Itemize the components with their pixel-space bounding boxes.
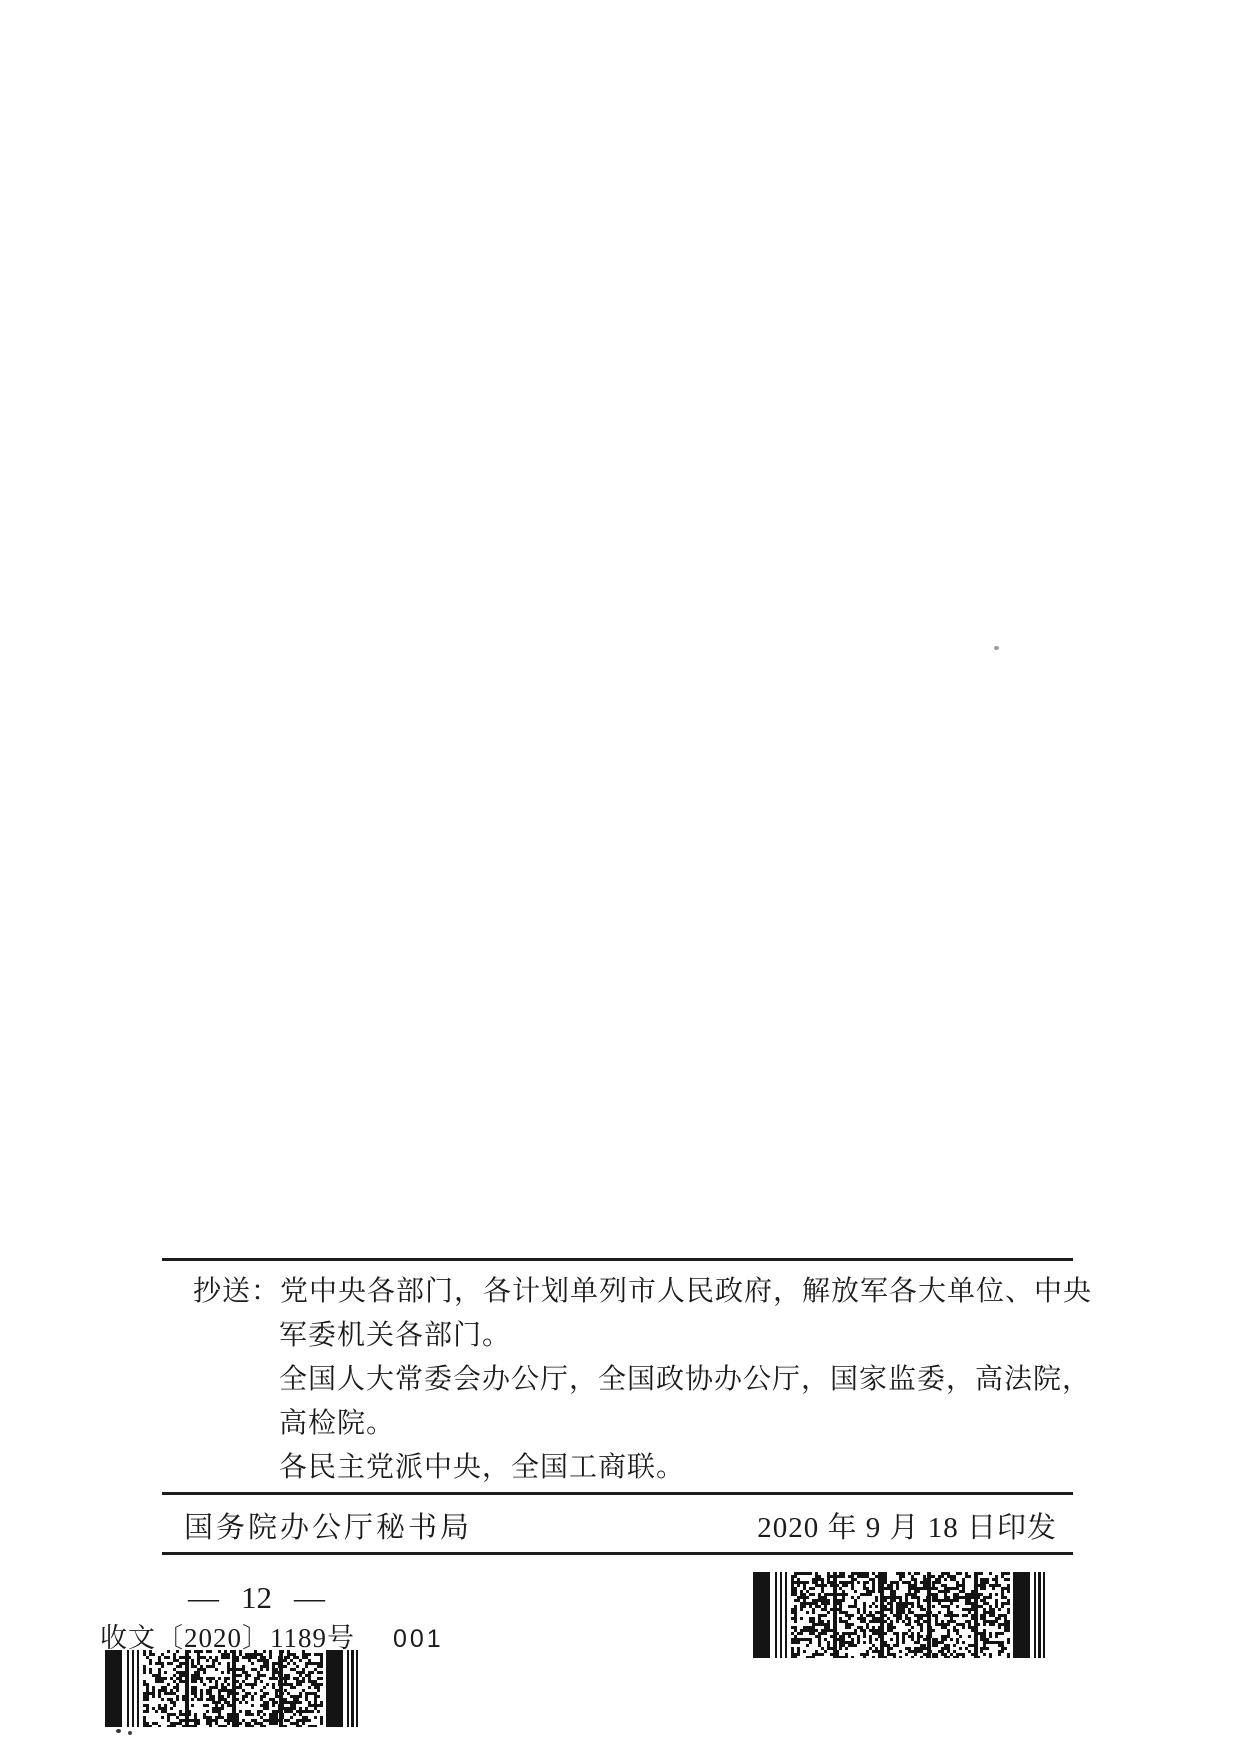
page-number-value: 12 bbox=[241, 1580, 272, 1616]
copy-to-block: 抄送：党中央各部门，各计划单列市人民政府，解放军各大单位、中央 军委机关各部门。… bbox=[193, 1270, 1098, 1490]
scan-noise-dot bbox=[116, 1729, 121, 1733]
copy-to-line: 高检院。 bbox=[193, 1402, 1098, 1446]
copy-to-label: 抄送： bbox=[193, 1276, 280, 1307]
copy-to-separator-top bbox=[162, 1258, 1073, 1261]
scanned-document-page: 抄送：党中央各部门，各计划单列市人民政府，解放军各大单位、中央 军委机关各部门。… bbox=[0, 0, 1240, 1754]
print-date: 2020 年 9 月 18 日印发 bbox=[757, 1505, 1057, 1546]
receipt-stamp-label: 收文〔2020〕1189号 bbox=[100, 1623, 355, 1653]
issuing-office: 国务院办公厅秘书局 bbox=[184, 1505, 472, 1546]
footer-separator-bottom bbox=[162, 1552, 1073, 1555]
stacked-2d-barcode-icon bbox=[105, 1650, 358, 1727]
copy-to-line: 各民主党派中央，全国工商联。 bbox=[193, 1446, 1098, 1490]
copy-to-line: 抄送：党中央各部门，各计划单列市人民政府，解放军各大单位、中央 bbox=[193, 1270, 1098, 1314]
copy-to-line: 全国人大常委会办公厅，全国政协办公厅，国家监委，高法院， bbox=[193, 1358, 1098, 1402]
copy-to-text: 党中央各部门，各计划单列市人民政府，解放军各大单位、中央 bbox=[280, 1276, 1092, 1307]
page-number: — 12 — bbox=[188, 1580, 325, 1616]
scan-noise-dot bbox=[994, 646, 999, 650]
footer-separator-top bbox=[162, 1492, 1073, 1495]
page-number-dash-right: — bbox=[294, 1580, 325, 1616]
receipt-copy-number: 001 bbox=[393, 1625, 444, 1653]
stacked-2d-barcode-icon bbox=[753, 1572, 1045, 1658]
scan-noise-dot bbox=[128, 1731, 132, 1735]
copy-to-line: 军委机关各部门。 bbox=[193, 1314, 1098, 1358]
page-number-dash-left: — bbox=[188, 1580, 219, 1616]
